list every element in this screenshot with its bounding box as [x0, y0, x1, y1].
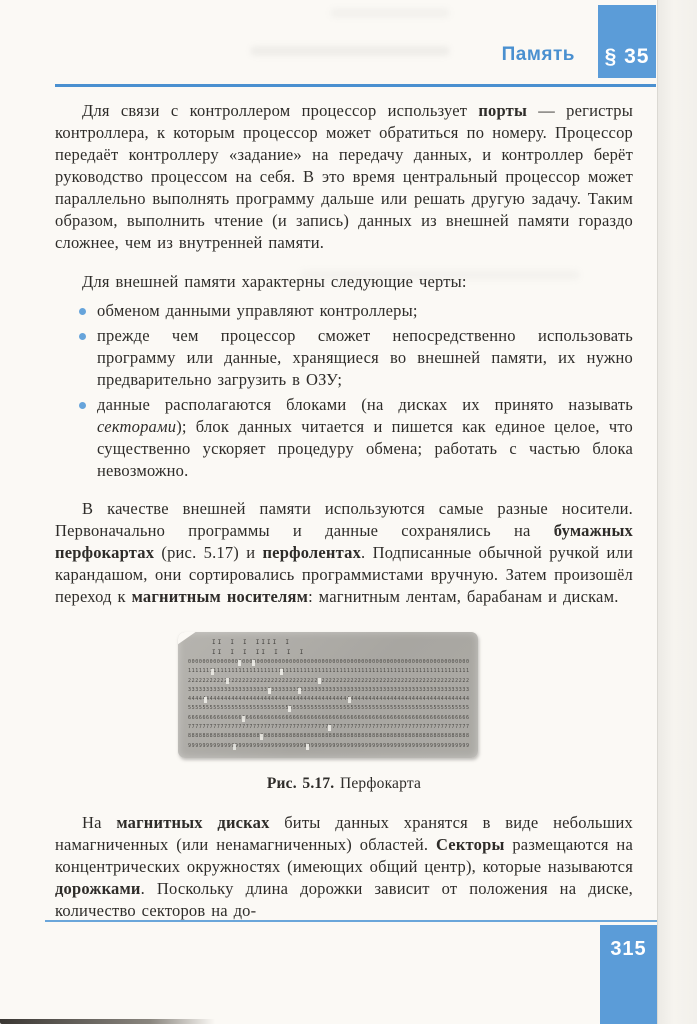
bullet-icon	[79, 402, 86, 409]
figure-caption-number: Рис. 5.17.	[267, 775, 335, 792]
list-item-text: прежде чем процессор сможет непосредстве…	[97, 325, 633, 391]
section-number-badge: § 35	[598, 5, 656, 78]
text-segment: обменом данными управляют контроллеры;	[97, 301, 418, 320]
punch-card-photo: II I I IIII III I I II I I I000000000000…	[178, 632, 478, 758]
figure-caption-text: Перфокарта	[334, 775, 421, 792]
punch-card-top-row: II I I II I I I	[188, 648, 470, 658]
footer-divider	[45, 920, 657, 922]
text-segment: дорожками	[55, 879, 141, 898]
text-segment: — регистры контроллера, к которым процес…	[55, 101, 633, 252]
punch-card-digit-row: 8888888888888888888888888888888888888888…	[188, 732, 470, 741]
text-segment: перфолентах	[262, 543, 361, 562]
textbook-page: Память § 35 Для связи с контроллером про…	[0, 0, 697, 1024]
figure-caption: Рис. 5.17. Перфокарта	[55, 773, 633, 795]
text-segment: ); блок данных читается и пишется как ед…	[97, 417, 633, 480]
text-segment: На	[82, 813, 116, 832]
punch-card-cut-corner	[178, 632, 197, 645]
page-edge-strip	[657, 0, 697, 1024]
show-through-smudge	[330, 8, 450, 18]
punch-card-digit-row: 6666666666666666666666666666666666666666…	[188, 714, 470, 723]
show-through-smudge	[250, 46, 450, 56]
paragraph-disks: На магнитных дисках биты данных хранятся…	[55, 812, 633, 922]
punch-card-digit-row: 9999999999999999999999999999999999999999…	[188, 742, 470, 751]
punch-card-digit-row: 4444444444444444444444444444444444444444…	[188, 695, 470, 704]
page-number: 315	[610, 938, 646, 1024]
text-column: Для связи с контроллером процессор испол…	[55, 87, 633, 922]
punch-card-digit-row: 0000000000000000000000000000000000000000…	[188, 658, 470, 667]
text-segment: прежде чем процессор сможет непосредстве…	[97, 326, 633, 389]
punch-card-digit-row: 5555555555555555555555555555555555555555…	[188, 704, 470, 713]
bullet-icon	[79, 333, 86, 340]
list-item-text: данные располагаются блоками (на дисках …	[97, 394, 633, 482]
punch-card-rows: II I I IIII III I I II I I I000000000000…	[188, 638, 470, 753]
list-item: данные располагаются блоками (на дисках …	[79, 394, 633, 482]
list-item-text: обменом данными управляют контроллеры;	[97, 300, 633, 322]
text-segment: секторами	[97, 417, 176, 436]
text-segment: порты	[478, 101, 527, 120]
text-segment: Для связи с контроллером процессор испол…	[82, 101, 478, 120]
punch-card-digit-row: 1111111111111111111111111111111111111111…	[188, 667, 470, 676]
list-item: прежде чем процессор сможет непосредстве…	[79, 325, 633, 391]
text-segment: : магнитным лентам, барабанам и дискам.	[308, 587, 619, 606]
text-segment: магнитным носителям	[132, 587, 308, 606]
paragraph-ports: Для связи с контроллером процессор испол…	[55, 100, 633, 254]
punch-card-digit-row: 7777777777777777777777777777777777777777…	[188, 723, 470, 732]
text-segment: Секторы	[436, 835, 505, 854]
list-intro: Для внешней памяти характерны следующие …	[55, 271, 633, 293]
list-item: обменом данными управляют контроллеры;	[79, 300, 633, 322]
punch-card-top-row: II I I IIII I	[188, 638, 470, 648]
text-segment: (рис. 5.17) и	[154, 543, 262, 562]
text-segment: магнитных дисках	[116, 813, 269, 832]
feature-list: обменом данными управляют контроллеры;пр…	[55, 300, 633, 482]
book-edge-shadow	[0, 1019, 215, 1024]
punch-card-digit-row: 3333333333333333333333333333333333333333…	[188, 686, 470, 695]
text-segment: данные располагаются блоками (на дисках …	[97, 395, 633, 414]
text-segment: . Поскольку длина дорожки зависит от пол…	[55, 879, 633, 920]
section-number-label: § 35	[605, 45, 650, 69]
figure-punch-card: II I I IIII III I I II I I I000000000000…	[55, 632, 633, 795]
bullet-icon	[79, 308, 86, 315]
text-segment: В качестве внешней памяти используются с…	[55, 499, 633, 540]
chapter-title: Память	[502, 44, 575, 66]
punch-card-digit-row: 2222222222222222222222222222222222222222…	[188, 677, 470, 686]
page-number-badge: 315	[600, 925, 657, 1024]
paragraph-media: В качестве внешней памяти используются с…	[55, 498, 633, 608]
